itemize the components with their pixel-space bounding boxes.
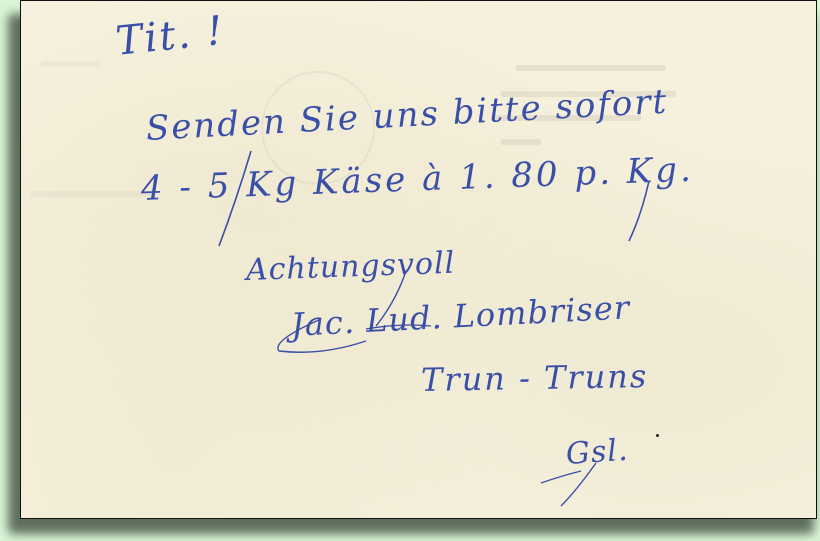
signature: Jac. Lud. Lombriser (290, 288, 631, 344)
ink-dot (656, 434, 659, 437)
bleed-through-print (501, 139, 541, 145)
location: Trun - Truns (421, 357, 649, 399)
handwritten-note-paper: Tit. ! Senden Sie uns bitte sofort 4 - 5… (20, 0, 817, 519)
bleed-through-print (516, 65, 666, 71)
bleed-through-print (31, 191, 151, 197)
body-line-2: 4 - 5 Kg Käse à 1. 80 p. Kg. (140, 150, 694, 209)
initials: Gsl. (565, 433, 630, 472)
bleed-through-print (41, 61, 101, 67)
salutation: Tit. ! (114, 8, 227, 65)
closing: Achtungsvoll (245, 246, 455, 288)
body-line-1: Senden Sie uns bitte sofort (145, 82, 669, 149)
